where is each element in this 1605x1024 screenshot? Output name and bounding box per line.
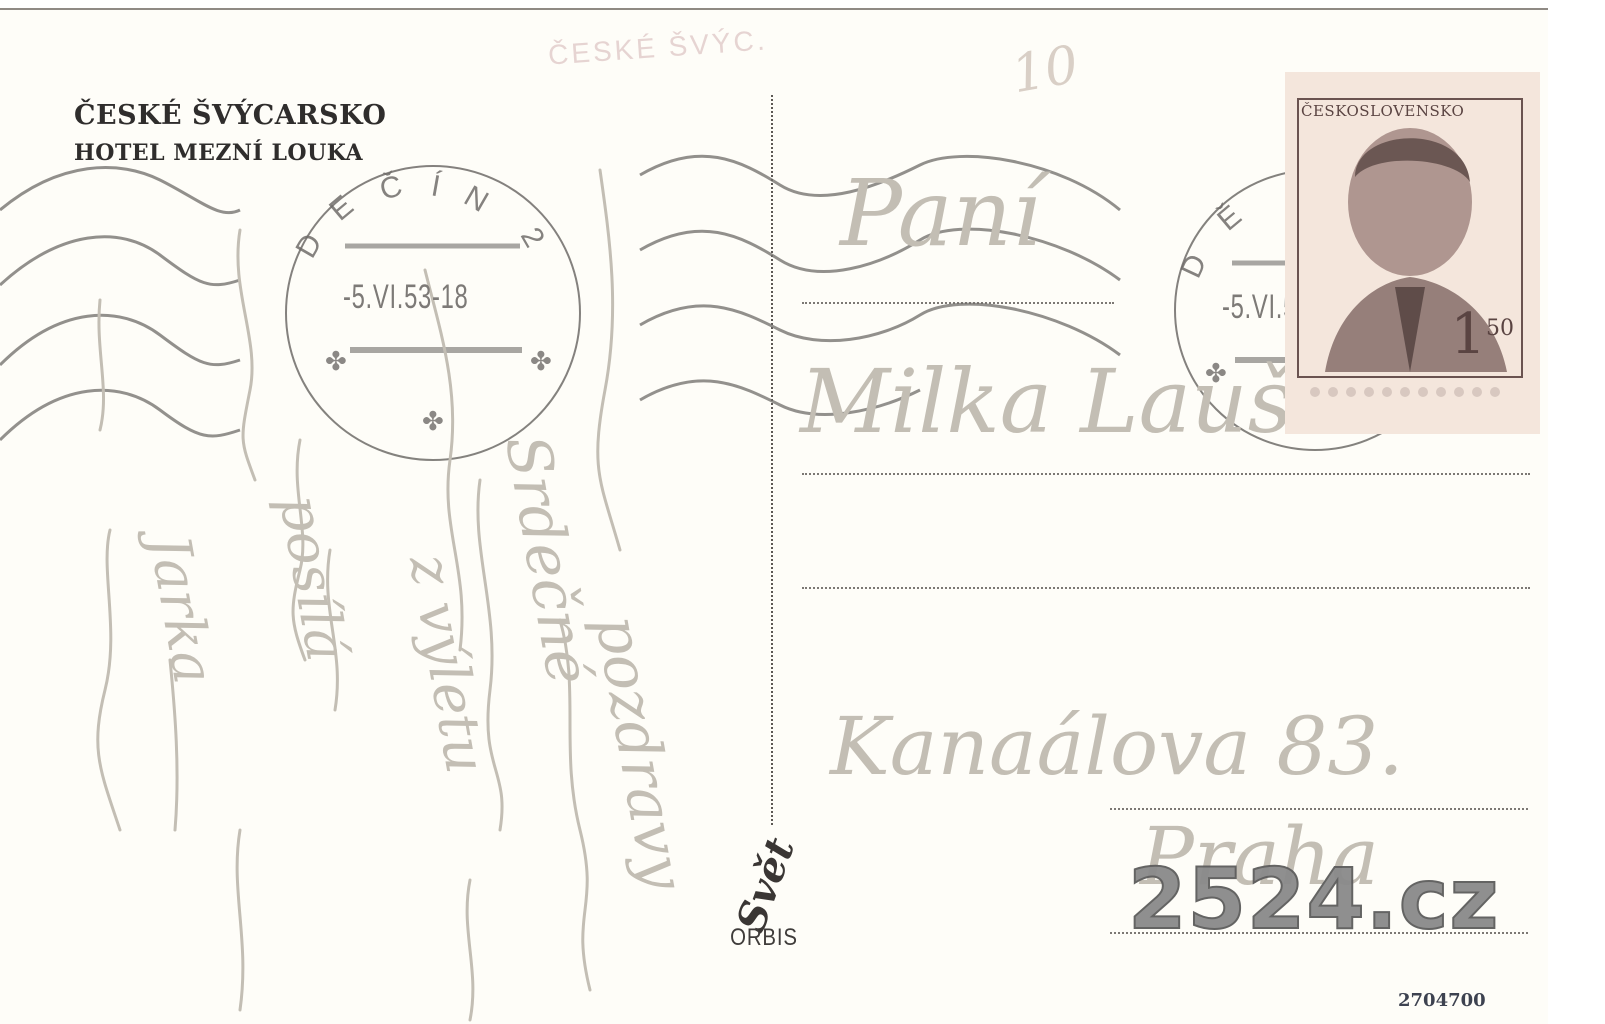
portrait-icon (1285, 72, 1540, 434)
address-street: Kanaálova 83. (830, 700, 1404, 793)
stamp-value: 150 (1450, 302, 1514, 367)
svg-text:E: E (323, 189, 360, 227)
svg-text:Ě: Ě (1211, 199, 1248, 237)
svg-text:N: N (459, 179, 494, 218)
publisher-mark: Svět ORBIS (718, 850, 810, 952)
svg-text:✤: ✤ (325, 346, 347, 376)
catalog-number: 2704700 (1398, 990, 1486, 1011)
publisher-name: ORBIS (725, 924, 803, 952)
address-salutation: Paní (840, 160, 1041, 267)
postmark-date-left: -5.VI.53-18 (343, 278, 468, 317)
svg-text:✤: ✤ (530, 346, 552, 376)
svg-text:✤: ✤ (422, 406, 444, 436)
svg-text:Č: Č (376, 168, 406, 206)
svg-text:D: D (1174, 249, 1213, 283)
postage-stamp: ČESKOSLOVENSKO 150 (1285, 72, 1540, 434)
svg-text:Í: Í (429, 169, 444, 203)
watermark: 2524.cz (1128, 850, 1499, 948)
svg-text:D: D (289, 228, 328, 263)
